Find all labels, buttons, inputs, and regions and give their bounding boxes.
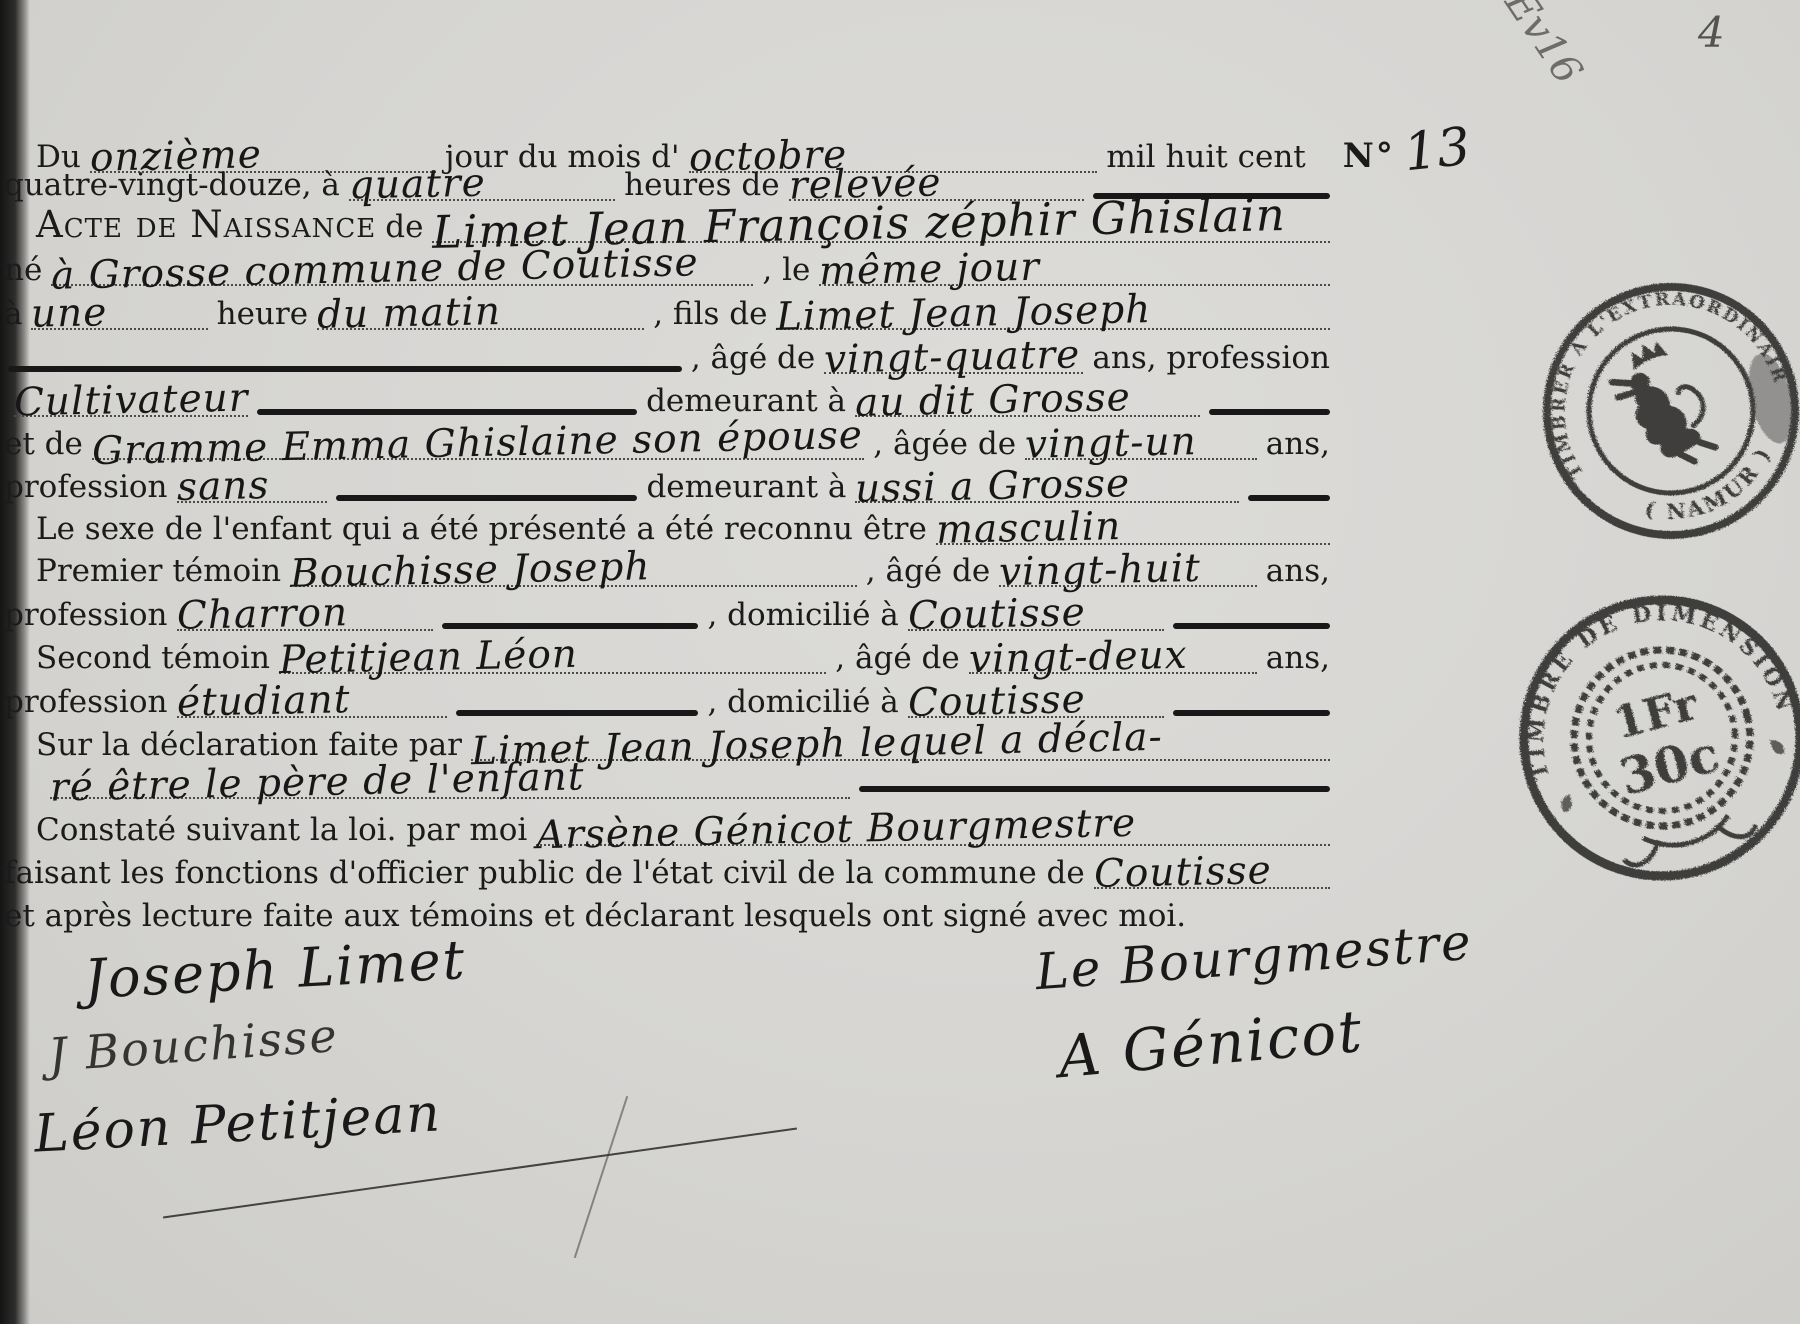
dotted-blank: vingt-un bbox=[1025, 427, 1257, 460]
form-line-closing: et après lecture faite aux témoins et dé… bbox=[4, 895, 1330, 937]
dotted-blank: du matin bbox=[317, 297, 644, 330]
printed-ans: ans, bbox=[1266, 637, 1330, 679]
stamp-dimension: TIMBRE DE DIMENSION 1Fr 30c bbox=[1512, 588, 1800, 888]
form-line-witness1: Premier témoin Bouchisse Joseph , âgé de… bbox=[36, 550, 1330, 592]
dotted-blank: Coutisse bbox=[1094, 856, 1330, 889]
printed-le: , le bbox=[762, 249, 810, 291]
form-line-mother-profession: profession sans demeurant à ussi a Gross… bbox=[4, 466, 1330, 508]
ink-rule bbox=[1173, 623, 1330, 629]
form-line-birthplace: né à Grosse commune de Coutisse , le mêm… bbox=[4, 249, 1330, 291]
entry-father-profession: Cultivateur bbox=[14, 384, 249, 419]
act-number-value: 13 bbox=[1401, 117, 1473, 184]
printed-closing: et après lecture faite aux témoins et dé… bbox=[4, 895, 1186, 937]
printed-profession: profession bbox=[4, 681, 168, 723]
crowned-lion-icon bbox=[1602, 333, 1725, 479]
entry-mother-profession: sans bbox=[176, 471, 269, 503]
entry-father-residence: au dit Grosse bbox=[855, 383, 1131, 419]
dotted-blank: Cultivateur bbox=[14, 384, 248, 417]
entry-witness1-name: Bouchisse Joseph bbox=[290, 552, 651, 590]
dotted-blank: Charron bbox=[177, 598, 433, 631]
act-number-label: N° bbox=[1343, 136, 1395, 176]
stamp-extraordinaire: A TIMBRER A L'EXTRAORDINAIRE ( NAMUR ) bbox=[1535, 275, 1800, 547]
entry-hour-number: une bbox=[31, 298, 108, 330]
printed-ne: né bbox=[4, 249, 42, 291]
printed-year: quatre-vingt-douze, à bbox=[4, 164, 340, 206]
corner-annotation-mark: Ev16 bbox=[1496, 0, 1592, 92]
printed-ans-profession: ans, profession bbox=[1092, 337, 1330, 379]
dotted-blank: au dit Grosse bbox=[855, 384, 1200, 417]
printed-age-de: , âgé de bbox=[835, 637, 959, 679]
printed-et-de: et de bbox=[4, 423, 83, 465]
printed-premier-temoin: Premier témoin bbox=[36, 550, 281, 592]
dotted-blank: étudiant bbox=[177, 685, 448, 718]
dotted-blank: Arsène Génicot Bourgmestre bbox=[536, 813, 1330, 846]
form-line-mother: et de Gramme Emma Ghislaine son épouse ,… bbox=[4, 423, 1330, 465]
printed-constate: Constaté suivant la loi. par moi bbox=[36, 809, 527, 851]
printed-ans: ans, bbox=[1266, 423, 1330, 465]
entry-mother-name: Gramme Emma Ghislaine son épouse bbox=[92, 421, 863, 467]
printed-profession: profession bbox=[4, 466, 168, 508]
entry-father-age: vingt-quatre bbox=[824, 340, 1081, 375]
ink-rule bbox=[336, 495, 637, 501]
printed-domicilie-a: , domicilié à bbox=[707, 594, 898, 636]
printed-faisant-les-fonctions: faisant les fonctions d'officier public … bbox=[4, 852, 1085, 894]
entry-declaration-continued: ré être le père de l'enfant bbox=[50, 762, 585, 803]
form-line-sex: Le sexe de l'enfant qui a été présenté a… bbox=[36, 508, 1330, 550]
printed-demeurant-a: demeurant à bbox=[646, 466, 846, 508]
entry-du-matin: du matin bbox=[317, 297, 502, 331]
printed-age-de: , âgé de bbox=[866, 550, 990, 592]
printed-fils-de: , fils de bbox=[653, 293, 767, 335]
entry-birth-day: même jour bbox=[819, 253, 1040, 288]
dotted-blank: ussi a Grosse bbox=[855, 470, 1238, 503]
form-line-declaration2: ré être le père de l'enfant bbox=[50, 766, 1330, 799]
entry-witness1-residence: Coutisse bbox=[908, 598, 1086, 632]
printed-heure: heure bbox=[217, 293, 308, 335]
dotted-blank: vingt-deux bbox=[969, 641, 1257, 674]
printed-le-sexe: Le sexe de l'enfant qui a été présenté a… bbox=[36, 508, 927, 550]
ink-rule bbox=[8, 366, 682, 372]
form-line-commune: faisant les fonctions d'officier public … bbox=[4, 852, 1330, 894]
printed-domicilie-a: , domicilié à bbox=[707, 681, 898, 723]
dotted-blank: même jour bbox=[819, 253, 1330, 286]
entry-commune: Coutisse bbox=[1093, 856, 1271, 890]
dotted-blank: à Grosse commune de Coutisse bbox=[51, 253, 753, 286]
printed-age-de: , âgé de bbox=[691, 337, 815, 379]
signature-witness2: Léon Petitjean bbox=[33, 1083, 443, 1164]
dotted-blank: Limet Jean Joseph bbox=[776, 297, 1330, 330]
form-line-witness1-profession: profession Charron , domicilié à Coutiss… bbox=[4, 594, 1330, 636]
form-line-father-profession: Cultivateur demeurant à au dit Grosse bbox=[14, 380, 1330, 422]
printed-de: de bbox=[385, 206, 423, 248]
form-line-birth-hour: à une heure du matin , fils de Limet Jea… bbox=[4, 293, 1330, 335]
ink-rule bbox=[1209, 409, 1330, 415]
dotted-blank: Bouchisse Joseph bbox=[290, 554, 857, 587]
entry-mother-residence: ussi a Grosse bbox=[855, 469, 1131, 505]
entry-witness1-profession: Charron bbox=[176, 598, 348, 632]
printed-profession: profession bbox=[4, 594, 168, 636]
signature-father: Joseph Limet bbox=[83, 928, 468, 1011]
entry-witness1-age: vingt-huit bbox=[999, 554, 1201, 588]
entry-mother-age: vingt-un bbox=[1025, 427, 1197, 461]
ink-rule bbox=[1248, 495, 1330, 501]
dotted-blank: vingt-quatre bbox=[824, 341, 1083, 374]
entry-birthplace: à Grosse commune de Coutisse bbox=[51, 248, 699, 292]
dotted-blank: Coutisse bbox=[908, 685, 1164, 718]
dotted-blank: Limet Jean Joseph lequel a décla- bbox=[471, 728, 1330, 761]
entry-witness2-age: vingt-deux bbox=[968, 641, 1187, 676]
printed-ans: ans, bbox=[1266, 550, 1330, 592]
birth-certificate-scan: 4 Ev16 Du onzième jour du mois d' octobr… bbox=[0, 0, 1800, 1324]
ink-rule bbox=[257, 409, 637, 415]
printed-agee-de: , âgée de bbox=[873, 423, 1016, 465]
form-line-witness2: Second témoin Petitjean Léon , âgé de vi… bbox=[36, 637, 1330, 679]
printed-second-temoin: Second témoin bbox=[36, 637, 270, 679]
dotted-blank: Gramme Emma Ghislaine son épouse bbox=[92, 427, 864, 460]
entry-witness2-profession: étudiant bbox=[176, 685, 350, 719]
dotted-blank: vingt-huit bbox=[999, 554, 1257, 587]
printed-a: à bbox=[4, 293, 22, 335]
form-line-officer: Constaté suivant la loi. par moi Arsène … bbox=[36, 809, 1330, 851]
entry-child-name: Limet Jean François zéphir Ghislain bbox=[432, 200, 1286, 248]
dotted-blank: sans bbox=[177, 470, 328, 503]
ink-rule bbox=[456, 710, 698, 716]
dotted-blank: masculin bbox=[936, 512, 1330, 545]
signature-scratch-line bbox=[574, 1096, 628, 1258]
entry-witness2-name: Petitjean Léon bbox=[279, 640, 578, 676]
dotted-blank: ré être le père de l'enfant bbox=[50, 766, 850, 799]
ink-rule bbox=[1173, 710, 1330, 716]
entry-witness2-residence: Coutisse bbox=[908, 685, 1086, 719]
ink-rule bbox=[859, 786, 1330, 792]
entry-hour: quatre bbox=[349, 169, 486, 202]
signature-witness1: J Bouchisse bbox=[46, 1008, 340, 1082]
corner-annotation-number: 4 bbox=[1698, 8, 1725, 57]
entry-sex: masculin bbox=[936, 512, 1122, 546]
form-line-father-age: , âgé de vingt-quatre ans, profession bbox=[8, 337, 1330, 379]
dotted-blank: Coutisse bbox=[908, 598, 1164, 631]
entry-officer-name: Arsène Génicot Bourgmestre bbox=[536, 809, 1137, 852]
entry-father-name: Limet Jean Joseph bbox=[776, 295, 1152, 333]
printed-acte-de-naissance: Acte de Naissance bbox=[36, 204, 376, 246]
dotted-blank: quatre bbox=[349, 168, 615, 201]
dotted-blank: Limet Jean François zéphir Ghislain bbox=[432, 207, 1330, 243]
dotted-blank: une bbox=[31, 297, 207, 330]
dotted-blank: Petitjean Léon bbox=[279, 641, 826, 674]
form-line-declaration: Sur la déclaration faite par Limet Jean … bbox=[36, 724, 1330, 766]
signature-bourgmestre-name: A Génicot bbox=[1056, 997, 1366, 1091]
ink-rule bbox=[442, 623, 698, 629]
